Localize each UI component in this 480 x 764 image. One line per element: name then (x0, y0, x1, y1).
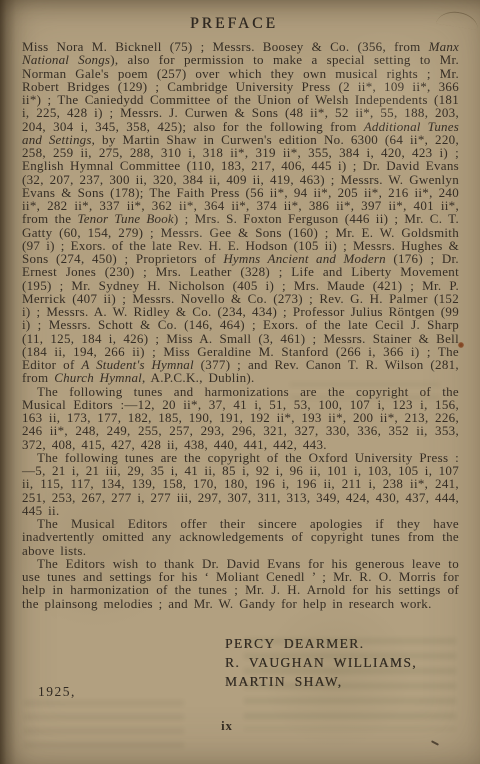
paragraph: Miss Nora M. Bicknell (75) ; Messrs. Boo… (22, 40, 459, 385)
preface-text: Miss Nora M. Bicknell (75) ; Messrs. Boo… (22, 40, 459, 610)
signature-line: MARTIN SHAW, (225, 672, 417, 691)
page-number: ix (0, 719, 454, 734)
paragraph: The following tunes are the copyright of… (22, 451, 459, 517)
year-label: 1925, (38, 684, 76, 700)
page-gutter-shadow (0, 0, 16, 764)
paragraph: The Editors wish to thank Dr. David Evan… (22, 557, 459, 610)
book-page-scan: PREFACE Miss Nora M. Bicknell (75) ; Mes… (0, 0, 480, 764)
paragraph: The following tunes and harmonizations a… (22, 385, 459, 451)
page-title: PREFACE (0, 15, 468, 33)
signature-block: PERCY DEARMER.R. VAUGHAN WILLIAMS,MARTIN… (225, 634, 417, 691)
signature-line: PERCY DEARMER. (225, 634, 417, 653)
paragraph: The Musical Editors offer their sincere … (22, 517, 459, 557)
signature-line: R. VAUGHAN WILLIAMS, (225, 653, 417, 672)
ink-spot (458, 342, 464, 348)
pencil-mark (431, 740, 439, 746)
